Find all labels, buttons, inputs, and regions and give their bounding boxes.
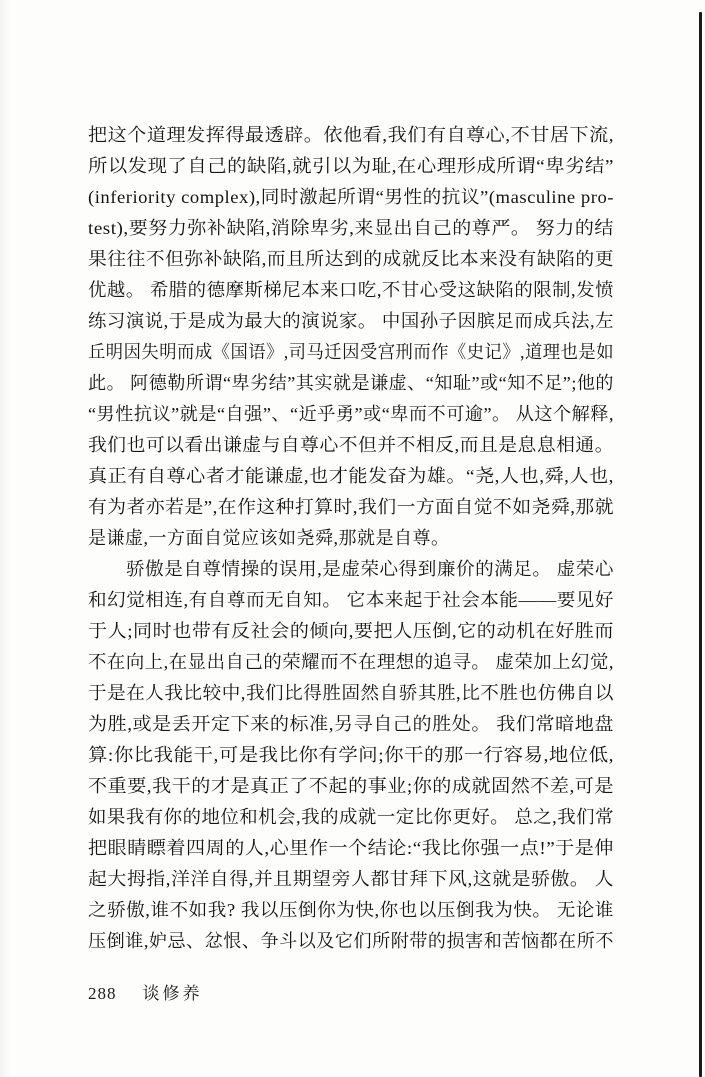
text-line: 如果我有你的地位和机会,我的成就一定比你更好。 总之,我们常 <box>88 802 614 833</box>
text-line: 于是在人我比较中,我们比得胜固然自骄其胜,比不胜也仿佛自以 <box>88 678 614 709</box>
text-line-content: (inferiority complex),同时激起所谓“男性的抗议”(masc… <box>88 182 614 213</box>
text-line: 是谦虚,一方面自觉应该如尧舜,那就是自尊。 <box>88 523 614 554</box>
text-line: 不在向上,在显出自己的荣耀而不在理想的追寻。 虚荣加上幻觉, <box>88 647 614 678</box>
text-line-content: 起大拇指,洋洋自得,并且期望旁人都甘拜下风,这就是骄傲。 人 <box>88 864 614 895</box>
text-line-content: 真正有自尊心者才能谦虚,也才能发奋为雄。“尧,人也,舜,人也, <box>88 461 614 492</box>
text-line-content: test),要努力弥补缺陷,消除卑劣,来显出自己的尊严。 努力的结 <box>88 213 614 244</box>
text-line: 骄傲是自尊情操的误用,是虚荣心得到廉价的满足。 虚荣心 <box>88 554 614 585</box>
text-line-content: 有为者亦若是”,在作这种打算时,我们一方面自觉不如尧舜,那就 <box>88 492 614 523</box>
text-line-content: 之骄傲,谁不如我? 我以压倒你为快,你也以压倒我为快。 无论谁 <box>88 895 614 926</box>
text-line-content: 练习演说,于是成为最大的演说家。 中国孙子因膑足而成兵法,左 <box>88 306 614 337</box>
text-line-content: 果往往不但弥补缺陷,而且所达到的成就反比本来没有缺陷的更 <box>88 244 614 275</box>
text-line-content: 于人;同时也带有反社会的倾向,要把人压倒,它的动机在好胜而 <box>88 616 614 647</box>
text-line-content: 把这个道理发挥得最透辟。依他看,我们有自尊心,不甘居下流, <box>88 120 614 151</box>
text-line-content: 骄傲是自尊情操的误用,是虚荣心得到廉价的满足。 虚荣心 <box>126 554 614 585</box>
page-footer: 288 谈修养 <box>88 982 203 1006</box>
book-title: 谈修养 <box>143 982 203 1006</box>
text-line: 把眼睛瞟着四周的人,心里作一个结论:“我比你强一点!”于是伸 <box>88 833 614 864</box>
text-line-content: 丘明因失明而成《国语》,司马迁因受宫刑而作《史记》,道理也是如 <box>88 337 614 368</box>
text-line: 此。 阿德勒所谓“卑劣结”其实就是谦虚、“知耻”或“知不足”;他的 <box>88 368 614 399</box>
text-line: “男性抗议”就是“自强”、“近乎勇”或“卑而不可逾”。 从这个解释, <box>88 399 614 430</box>
text-line: 果往往不但弥补缺陷,而且所达到的成就反比本来没有缺陷的更 <box>88 244 614 275</box>
text-block: 把这个道理发挥得最透辟。依他看,我们有自尊心,不甘居下流,所以发现了自己的缺陷,… <box>88 120 614 957</box>
text-line: 优越。 希腊的德摩斯梯尼本来口吃,不甘心受这缺陷的限制,发愤 <box>88 275 614 306</box>
text-line-content: 于是在人我比较中,我们比得胜固然自骄其胜,比不胜也仿佛自以 <box>88 678 614 709</box>
page-number: 288 <box>88 982 117 1006</box>
text-line: 把这个道理发挥得最透辟。依他看,我们有自尊心,不甘居下流, <box>88 120 614 151</box>
text-line: 真正有自尊心者才能谦虚,也才能发奋为雄。“尧,人也,舜,人也, <box>88 461 614 492</box>
text-line: 于人;同时也带有反社会的倾向,要把人压倒,它的动机在好胜而 <box>88 616 614 647</box>
text-line-content: 是谦虚,一方面自觉应该如尧舜,那就是自尊。 <box>88 523 450 554</box>
text-line: 之骄傲,谁不如我? 我以压倒你为快,你也以压倒我为快。 无论谁 <box>88 895 614 926</box>
text-line: 丘明因失明而成《国语》,司马迁因受宫刑而作《史记》,道理也是如 <box>88 337 614 368</box>
text-line-content: 优越。 希腊的德摩斯梯尼本来口吃,不甘心受这缺陷的限制,发愤 <box>88 275 614 306</box>
book-page: 把这个道理发挥得最透辟。依他看,我们有自尊心,不甘居下流,所以发现了自己的缺陷,… <box>0 0 705 1077</box>
text-line-content: 如果我有你的地位和机会,我的成就一定比你更好。 总之,我们常 <box>88 802 614 833</box>
text-line-content: 不在向上,在显出自己的荣耀而不在理想的追寻。 虚荣加上幻觉, <box>88 647 614 678</box>
text-line: 所以发现了自己的缺陷,就引以为耻,在心理形成所谓“卑劣结” <box>88 151 614 182</box>
text-line-content: 压倒谁,妒忌、忿恨、争斗以及它们所附带的损害和苦恼都在所不 <box>88 926 614 957</box>
text-line-content: 我们也可以看出谦虚与自尊心不但并不相反,而且是息息相通。 <box>88 430 614 461</box>
text-line: 练习演说,于是成为最大的演说家。 中国孙子因膑足而成兵法,左 <box>88 306 614 337</box>
text-line: 不重要,我干的才是真正了不起的事业;你的成就固然不差,可是 <box>88 771 614 802</box>
text-line-content: 算:你比我能干,可是我比你有学问;你干的那一行容易,地位低, <box>88 740 614 771</box>
text-line: 我们也可以看出谦虚与自尊心不但并不相反,而且是息息相通。 <box>88 430 614 461</box>
text-line: 和幻觉相连,有自尊而无自知。 它本来起于社会本能——要见好 <box>88 585 614 616</box>
text-line: 有为者亦若是”,在作这种打算时,我们一方面自觉不如尧舜,那就 <box>88 492 614 523</box>
text-line-content: “男性抗议”就是“自强”、“近乎勇”或“卑而不可逾”。 从这个解释, <box>88 399 614 430</box>
text-line: 起大拇指,洋洋自得,并且期望旁人都甘拜下风,这就是骄傲。 人 <box>88 864 614 895</box>
text-line-content: 所以发现了自己的缺陷,就引以为耻,在心理形成所谓“卑劣结” <box>88 151 614 182</box>
text-line: (inferiority complex),同时激起所谓“男性的抗议”(masc… <box>88 182 614 213</box>
scan-edge-line <box>699 12 702 1077</box>
text-line-content: 和幻觉相连,有自尊而无自知。 它本来起于社会本能——要见好 <box>88 585 614 616</box>
text-line: 为胜,或是丢开定下来的标准,另寻自己的胜处。 我们常暗地盘 <box>88 709 614 740</box>
text-line: 算:你比我能干,可是我比你有学问;你干的那一行容易,地位低, <box>88 740 614 771</box>
text-line: test),要努力弥补缺陷,消除卑劣,来显出自己的尊严。 努力的结 <box>88 213 614 244</box>
text-line-content: 为胜,或是丢开定下来的标准,另寻自己的胜处。 我们常暗地盘 <box>88 709 614 740</box>
text-line-content: 不重要,我干的才是真正了不起的事业;你的成就固然不差,可是 <box>88 771 614 802</box>
text-line: 压倒谁,妒忌、忿恨、争斗以及它们所附带的损害和苦恼都在所不 <box>88 926 614 957</box>
text-line-content: 把眼睛瞟着四周的人,心里作一个结论:“我比你强一点!”于是伸 <box>88 833 614 864</box>
text-line-content: 此。 阿德勒所谓“卑劣结”其实就是谦虚、“知耻”或“知不足”;他的 <box>88 368 614 399</box>
